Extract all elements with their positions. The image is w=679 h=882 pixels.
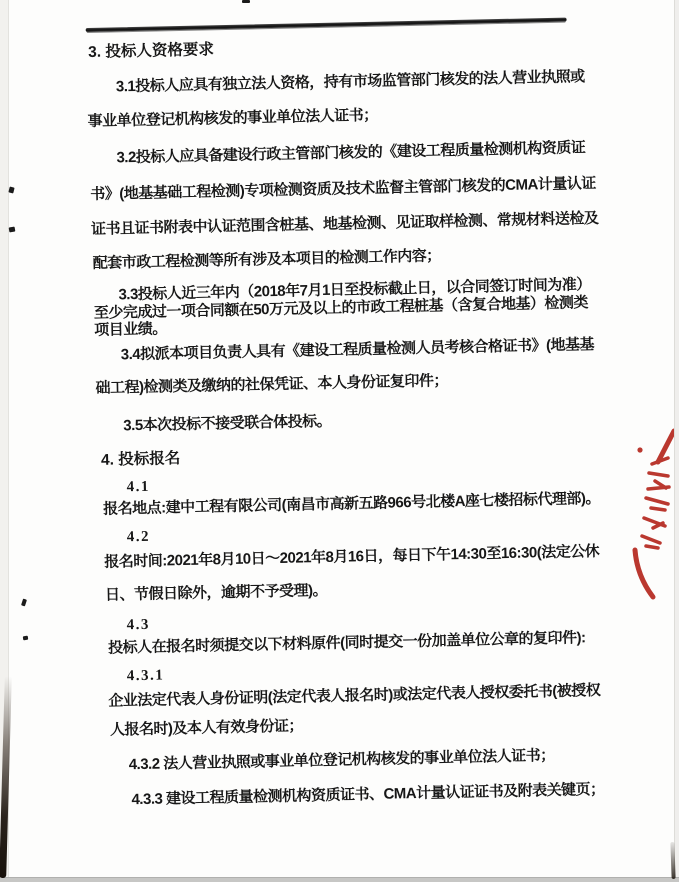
clause-4-3-2: 4.3.2 法人营业执照或事业单位登记机构核发的事业单位法人证书； <box>129 747 555 774</box>
scanned-page: 3. 投标人资格要求 3.1投标人应具有独立法人资格，持有市场监管部门核发的法人… <box>0 0 679 882</box>
clause-4-3-1-text-line-1: 企业法定代表人身份证明(法定代表人报名时)或法定代表人授权委托书(被授权 <box>108 682 600 711</box>
clause-4-3-1-text-line-2: 人报名时)及本人有效身份证； <box>110 717 303 739</box>
clause-4-1-number: 4.1 <box>126 478 150 497</box>
clause-3-5: 3.5本次投标不接受联合体投标。 <box>123 413 331 436</box>
document-text-block: 3. 投标人资格要求 3.1投标人应具有独立法人资格，持有市场监管部门核发的法人… <box>87 0 618 860</box>
clause-4-2-text-line-1: 报名时间:2021年8月10日～2021年8月16日，每日下午14:30至16:… <box>104 543 599 572</box>
scan-artifact-speck <box>9 227 16 233</box>
section-3-heading: 3. 投标人资格要求 <box>88 41 214 62</box>
scan-artifact-speck <box>8 186 14 193</box>
clause-3-2-line-3: 证书且证书附表中认证范围含桩基、地基检测、见证取样检测、常规材料送检及 <box>91 210 599 239</box>
clause-3-1-line-1: 3.1投标人应具有独立法人资格，持有市场监管部门核发的法人营业执照或 <box>116 68 585 96</box>
scan-artifact-speck <box>23 636 29 641</box>
clause-3-2-line-4: 配套市政工程检测等所有涉及本项目的检测工作内容； <box>93 247 441 273</box>
clause-3-2-line-2: 书》(地基基础工程检测)专项检测资质及技术监督主管部门核发的CMA计量认证 <box>90 175 596 204</box>
clause-3-2-line-1: 3.2投标人应具备建设行政主管部门核发的《建设工程质量检测机构资质证 <box>116 139 585 167</box>
section-4-heading: 4. 投标报名 <box>101 450 181 470</box>
clause-4-2-text-line-2: 日、节假日除外，逾期不予受理)。 <box>105 582 327 605</box>
scan-edge-bottom-bar <box>0 877 679 882</box>
clause-3-4-line-1: 3.4拟派本项目负责人具有《建设工程质量检测人员考核合格证书》(地基基 <box>121 336 595 364</box>
clause-4-3-1-number: 4.3.1 <box>127 666 165 685</box>
scan-artifact-speck <box>21 599 27 607</box>
scan-artifact-speck <box>242 0 250 3</box>
clause-3-3-line-3: 项目业绩。 <box>94 320 167 340</box>
clause-4-2-number: 4.2 <box>127 528 151 547</box>
red-seal-icon <box>630 428 679 600</box>
clause-3-1-line-2: 事业单位登记机构核发的事业单位法人证书； <box>88 107 378 131</box>
clause-4-3-text: 投标人在报名时须提交以下材料原件(同时提交一份加盖单位公章的复印件): <box>108 629 586 657</box>
scan-artifact-top-rule <box>86 18 567 32</box>
scan-edge-right <box>674 0 679 882</box>
clause-4-1-text: 报名地点:建中工程有限公司(南昌市高新五路966号北楼A座七楼招标代理部)。 <box>103 490 600 519</box>
clause-4-3-3: 4.3.3 建设工程质量检测机构资质证书、CMA计量认证证书及附表关键页； <box>131 781 604 809</box>
red-seal-stamp <box>630 428 679 600</box>
clause-3-4-line-2: 础工程)检测类及缴纳的社保凭证、本人身份证复印件； <box>95 372 448 398</box>
clause-4-3-number: 4.3 <box>126 616 150 635</box>
